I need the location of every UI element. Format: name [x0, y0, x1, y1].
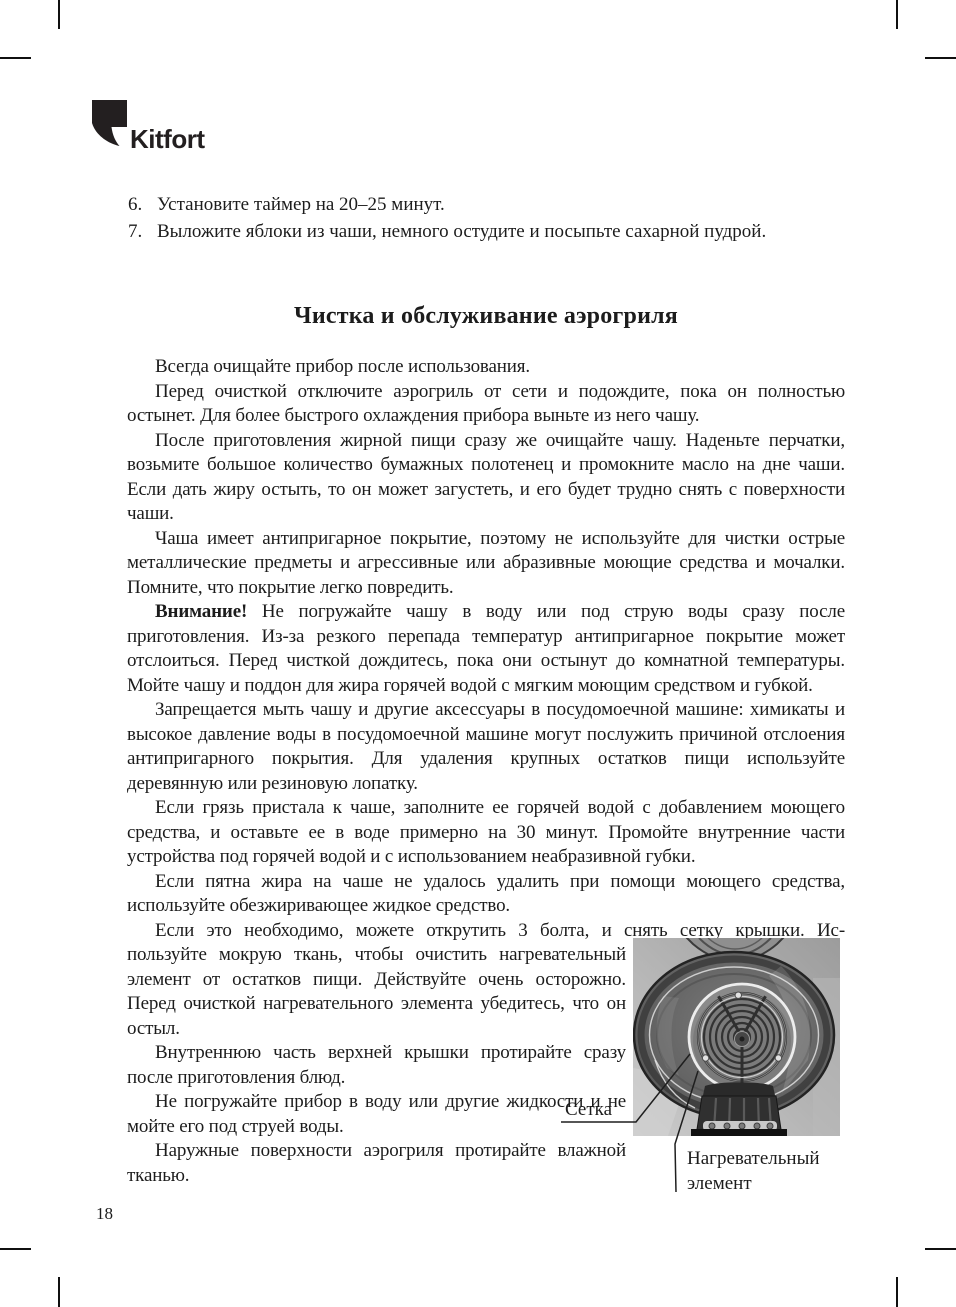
kitfort-logo-icon — [92, 100, 127, 146]
step-item: 6. Установите таймер на 20–25 минут. — [128, 191, 846, 218]
step-number: 7. — [128, 218, 157, 245]
step-text: Установите таймер на 20–25 минут. — [157, 191, 846, 218]
crop-mark — [896, 1277, 898, 1307]
crop-mark — [896, 0, 898, 29]
crop-mark — [58, 0, 60, 29]
section-heading: Чистка и обслуживание аэрогриля — [127, 302, 845, 330]
figure-heating-element: Сетка Нагревательный элемент — [560, 925, 845, 1215]
paragraph: Всегда очищайте прибор после использован… — [127, 355, 845, 380]
paragraph: Не погружайте прибор в воду или другие ж… — [127, 1090, 626, 1139]
label-heating-element: Нагревательный элемент — [687, 1146, 839, 1196]
kitfort-logo-text: Kitfort — [130, 128, 204, 150]
crop-mark — [925, 1248, 956, 1250]
crop-mark — [925, 57, 956, 59]
numbered-steps: 6. Установите таймер на 20–25 минут. 7. … — [128, 191, 846, 245]
paragraph-wrap-continuation: пользуйте мокрую ткань, чтобы очистить н… — [127, 943, 626, 1041]
paragraph: Перед очисткой отключите аэрогриль от се… — [127, 380, 845, 429]
wrapped-text-column: пользуйте мокрую ткань, чтобы очистить н… — [127, 943, 626, 1188]
attention-label: Внимание! — [155, 601, 247, 622]
crop-mark — [0, 57, 31, 59]
manual-page: Kitfort 6. Установите таймер на 20–25 ми… — [0, 0, 956, 1307]
paragraph: Если грязь пристала к чаше, заполните ее… — [127, 796, 845, 870]
body-text-block: Всегда очищайте прибор после использован… — [127, 355, 845, 943]
step-item: 7. Выложите яблоки из чаши, немного осту… — [128, 218, 846, 245]
crop-mark — [58, 1277, 60, 1307]
label-grid: Сетка — [565, 1098, 612, 1122]
paragraph: Чаша имеет антипригарное покрытие, поэто… — [127, 527, 845, 601]
paragraph: Наружные поверхности аэрогриля протирайт… — [127, 1139, 626, 1188]
page-number: 18 — [96, 1204, 113, 1224]
crop-mark — [0, 1248, 31, 1250]
paragraph: Если пятна жира на чаше не удалось удали… — [127, 870, 845, 919]
attention-paragraph: Внимание! Не погружайте чашу в воду или … — [127, 600, 845, 698]
step-text: Выложите яблоки из чаши, немного остудит… — [157, 218, 846, 245]
kitfort-logo: Kitfort — [92, 100, 204, 146]
step-number: 6. — [128, 191, 157, 218]
paragraph: Запрещается мыть чашу и другие аксессуар… — [127, 698, 845, 796]
paragraph: После приготовления жирной пищи сразу же… — [127, 429, 845, 527]
paragraph: Внутреннюю часть верхней крышки протирай… — [127, 1041, 626, 1090]
